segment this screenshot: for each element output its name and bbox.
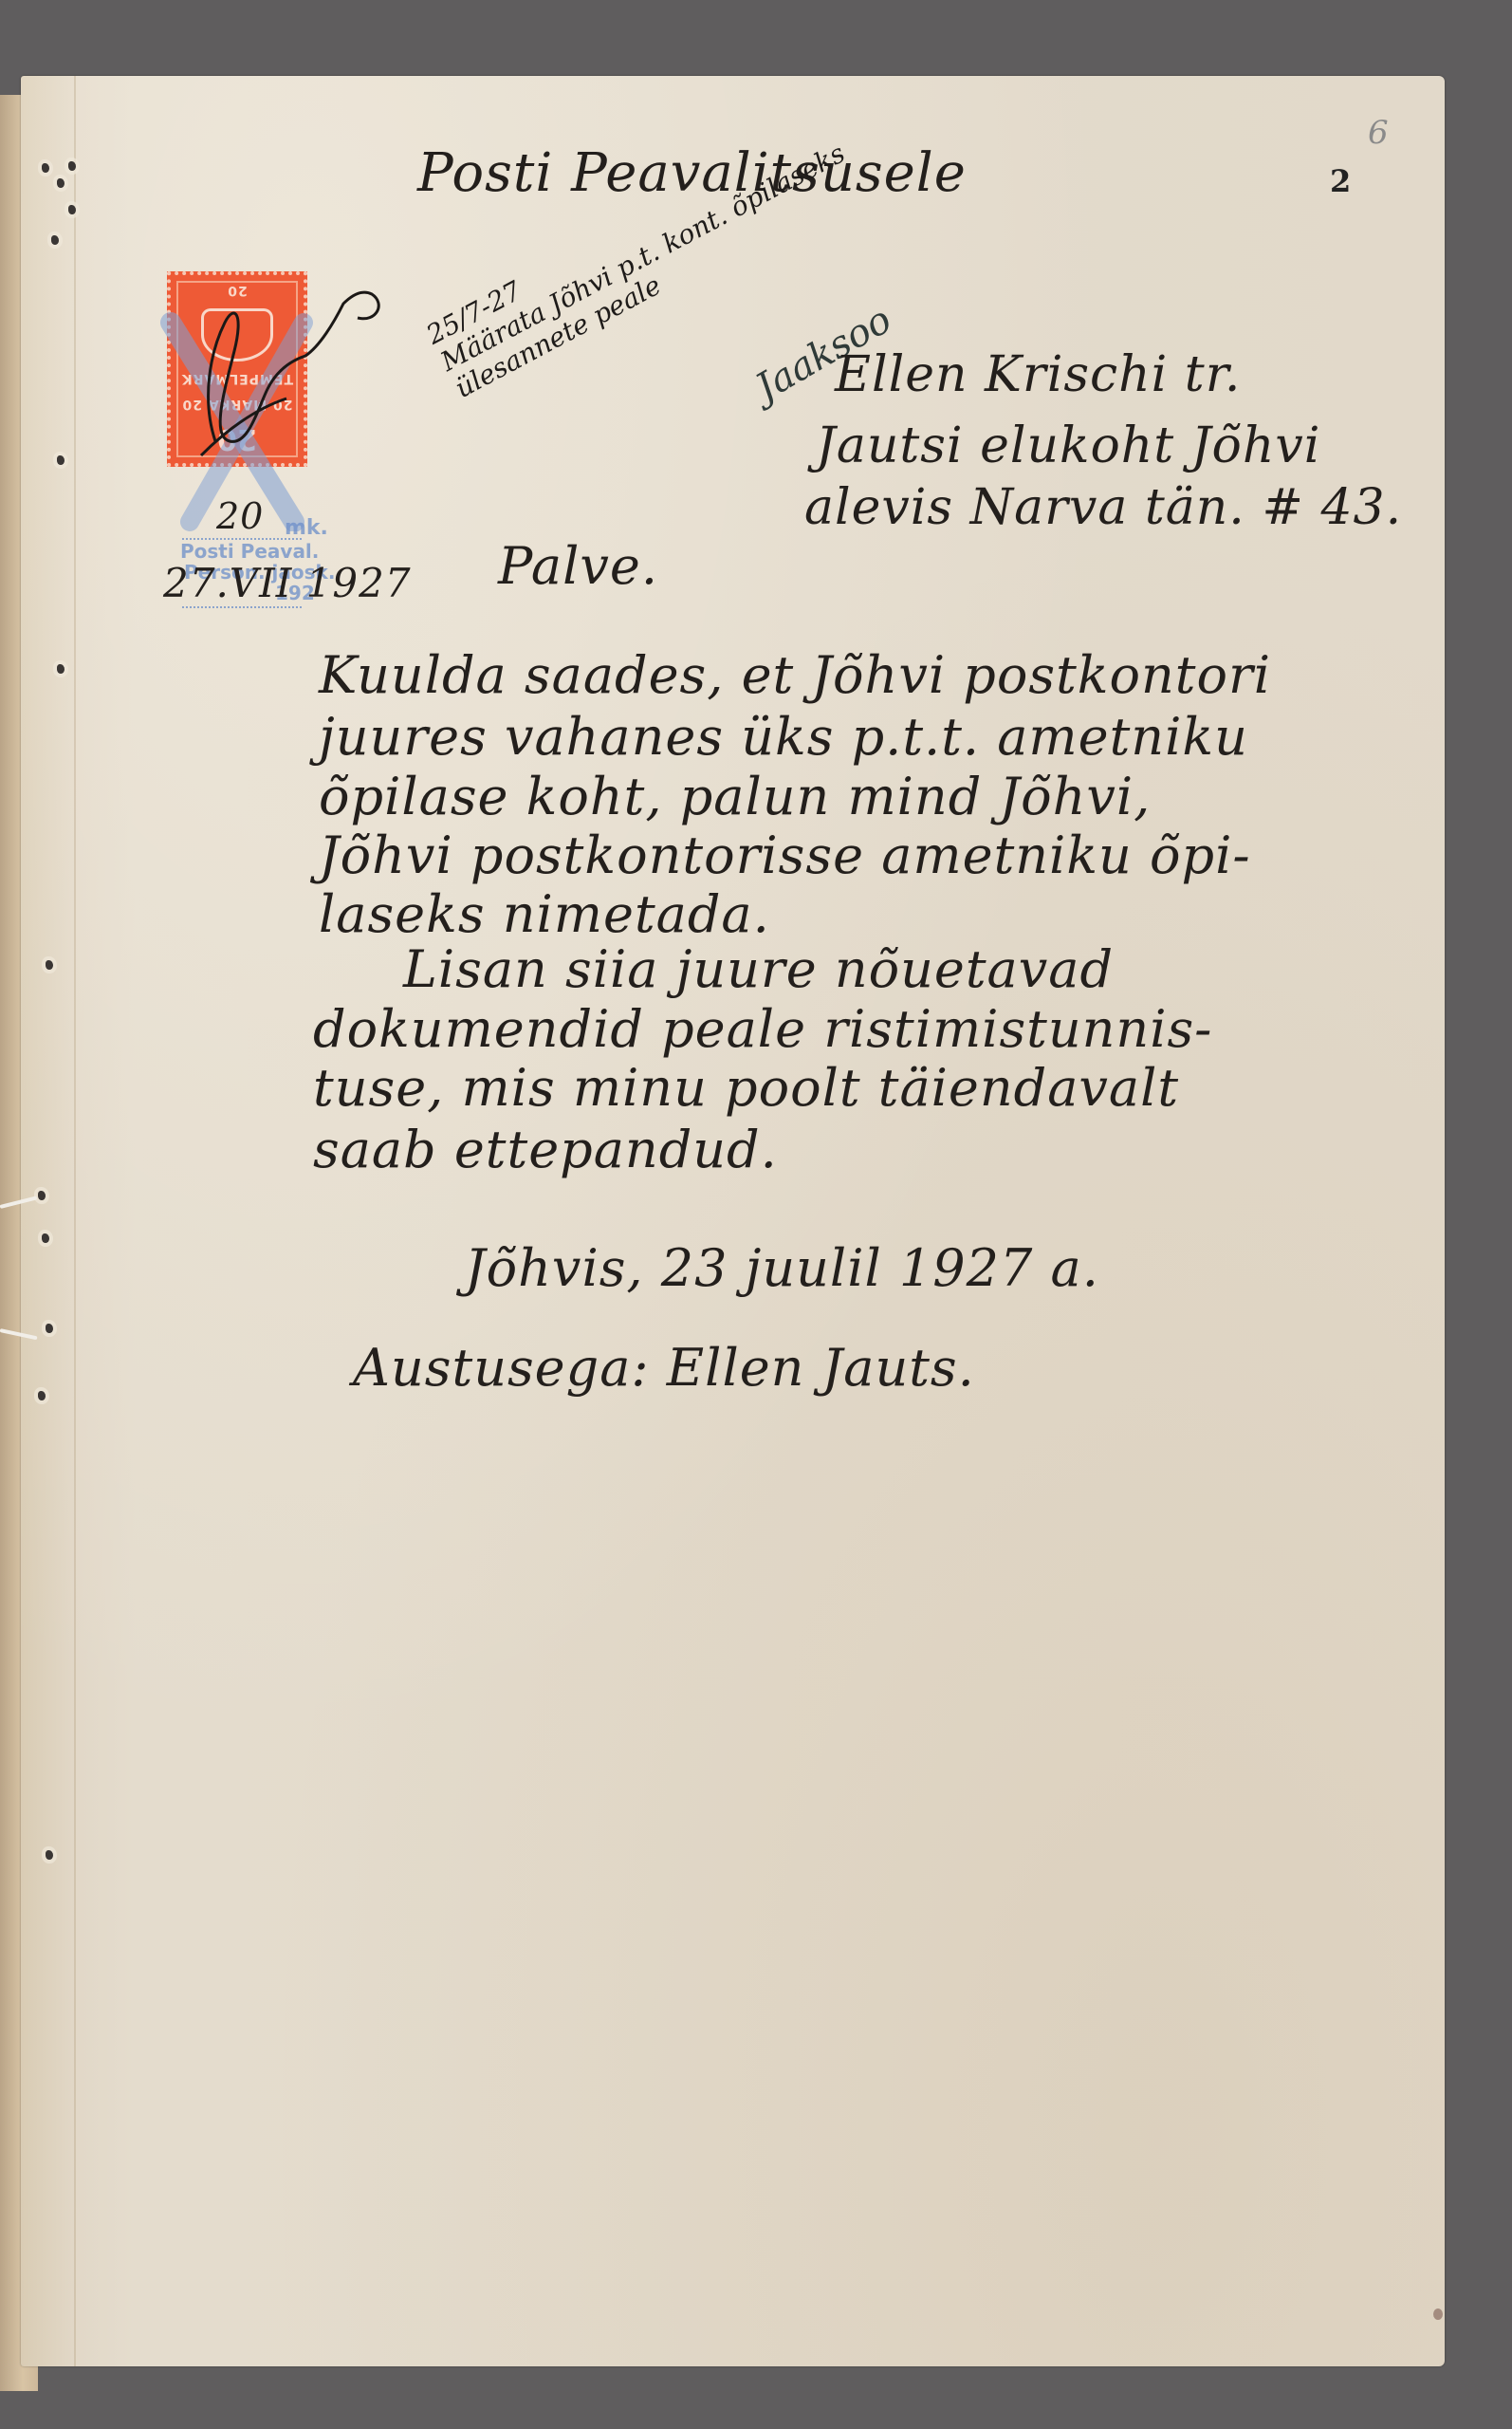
letter-heading: Palve. (498, 536, 658, 596)
body-line-6: Lisan siia juure nõuetavad (403, 939, 1114, 999)
binding-hole (38, 1391, 46, 1400)
fee-amount: 20 (216, 495, 264, 537)
body-line-1: Kuulda saades, et Jõhvi postkontori (319, 645, 1271, 705)
binding-hole (42, 163, 49, 173)
sender-line-1: Ellen Krischi tr. (835, 346, 1241, 403)
binding-hole (57, 178, 65, 188)
binding-hole (57, 455, 65, 465)
sender-line-3: alevis Narva tän. # 43. (804, 479, 1402, 536)
place-and-date: Jõhvis, 23 juulil 1927 a. (465, 1238, 1099, 1298)
binding-hole (46, 1324, 53, 1333)
stamp-dotted-line (182, 606, 302, 608)
binding-fold-line (74, 76, 76, 2366)
closing-signature: Austusega: Ellen Jauts. (353, 1338, 975, 1398)
archive-folio-number: 6 (1368, 114, 1389, 152)
body-line-7: dokumendid peale ristimistunnis- (313, 999, 1212, 1059)
stamp-office-name: Posti Peaval. (180, 542, 319, 562)
body-line-8: tuse, mis minu poolt täiendavalt (313, 1058, 1179, 1118)
body-line-5: laseks nimetada. (319, 884, 770, 944)
stamp-unit: mk. (285, 517, 328, 539)
fee-date: 27.VII 1927 (163, 560, 412, 606)
binding-hole (51, 235, 59, 245)
page-number: 2 (1330, 163, 1351, 199)
binding-hole (68, 205, 76, 214)
binding-hole (46, 1850, 53, 1860)
stamp-cancel-signature-icon (173, 266, 391, 474)
body-line-2: juures vahanes üks p.t.t. ametniku (319, 707, 1248, 767)
binding-hole (38, 1191, 46, 1200)
foxing-spot (1433, 2308, 1443, 2320)
body-line-3: õpilase koht, palun mind Jõhvi, (319, 767, 1151, 826)
binding-hole (57, 664, 65, 674)
body-line-4: Jõhvi postkontorisse ametniku õpi- (319, 825, 1251, 885)
sender-line-2: Jautsi elukoht Jõhvi (816, 417, 1320, 474)
binding-hole (46, 960, 53, 970)
binding-hole (68, 161, 76, 171)
binding-hole (42, 1233, 49, 1243)
body-line-9: saab ettepandud. (313, 1120, 778, 1179)
